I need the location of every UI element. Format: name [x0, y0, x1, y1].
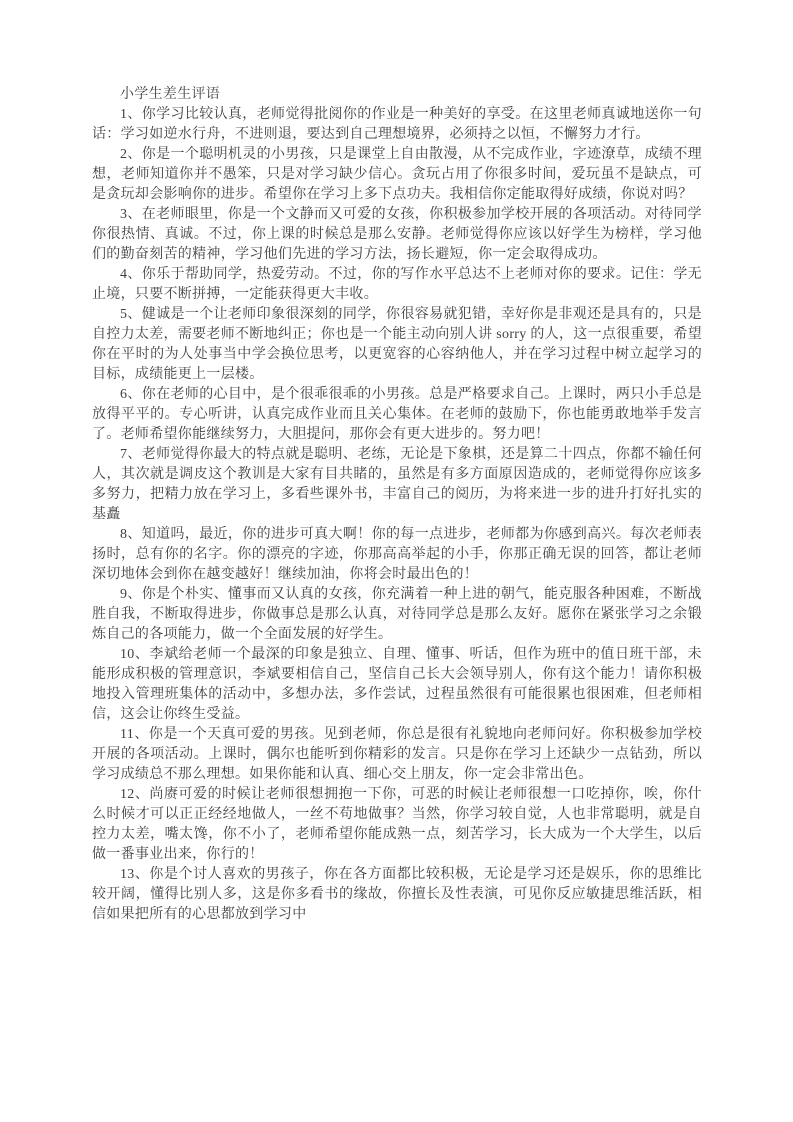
- paragraph-2: 2、你是一个聪明机灵的小男孩，只是课堂上自由散漫，从不完成作业，字迹潦草，成绩不…: [92, 145, 702, 205]
- paragraph-9: 9、你是个朴实、懂事而又认真的女孩，你充满着一种上进的朝气，能克服各种困难，不断…: [92, 585, 702, 645]
- paragraph-13: 13、你是个讨人喜欢的男孩子，你在各方面都比较积极，无论是学习还是娱乐，你的思维…: [92, 865, 702, 925]
- document-page: 小学生差生评语 1、你学习比较认真，老师觉得批阅你的作业是一种美好的享受。在这里…: [0, 0, 793, 1122]
- paragraph-10: 10、李斌给老师一个最深的印象是独立、自理、懂事、听话，但作为班中的值日班干部，…: [92, 645, 702, 725]
- document-content: 小学生差生评语 1、你学习比较认真，老师觉得批阅你的作业是一种美好的享受。在这里…: [92, 85, 702, 925]
- paragraph-11: 11、你是一个天真可爱的男孩。见到老师，你总是很有礼貌地向老师问好。你积极参加学…: [92, 725, 702, 785]
- document-title: 小学生差生评语: [92, 85, 702, 105]
- paragraph-12: 12、尚赓可爱的时候让老师很想拥抱一下你，可恶的时候让老师很想一口吃掉你，唉，你…: [92, 785, 702, 865]
- paragraph-7: 7、老师觉得你最大的特点就是聪明、老练，无论是下象棋，还是算二十四点，你都不输任…: [92, 445, 702, 525]
- paragraph-5: 5、健诚是一个让老师印象很深刻的同学，你很容易就犯错，幸好你是非观还是具有的，只…: [92, 305, 702, 385]
- paragraph-1: 1、你学习比较认真，老师觉得批阅你的作业是一种美好的享受。在这里老师真诚地送你一…: [92, 105, 702, 145]
- paragraph-6: 6、你在老师的心目中，是个很乖很乖的小男孩。总是严格要求自己。上课时，两只小手总…: [92, 385, 702, 445]
- paragraph-3: 3、在老师眼里，你是一个文静而又可爱的女孩，你积极参加学校开展的各项活动。对待同…: [92, 205, 702, 265]
- paragraph-8: 8、知道吗，最近，你的进步可真大啊！你的每一点进步，老师都为你感到高兴。每次老师…: [92, 525, 702, 585]
- paragraph-4: 4、你乐于帮助同学，热爱劳动。不过，你的写作水平总达不上老师对你的要求。记住：学…: [92, 265, 702, 305]
